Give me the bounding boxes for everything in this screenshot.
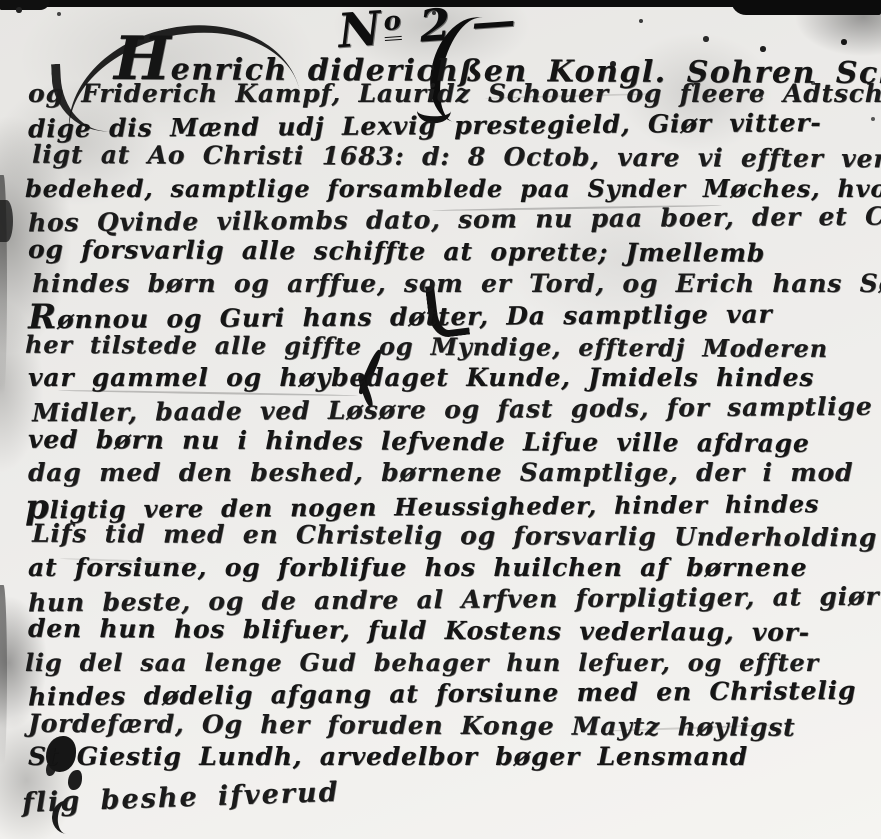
manuscript-line: hindes børn og arffue, som er Tord, og E… [32, 268, 873, 300]
paper-speckles [0, 0, 2, 2]
ink-blot [0, 200, 13, 242]
manuscript-line: ligt at Ao Christi 1683: d: 8 Octob, var… [32, 139, 873, 175]
manuscript-line: var gammel og høybedaget Kunde, Jmidels … [28, 362, 873, 394]
manuscript-line: Rønnou og Guri hans døtter, Da samptlige… [28, 296, 873, 334]
manuscript-line: Lifs tid med en Christelig og forsvarlig… [32, 518, 873, 554]
manuscript-line: og forsvarlig alle schiffte at oprette; … [28, 234, 873, 270]
manuscript-line: den hun hos blifuer, fuld Kostens vederl… [28, 613, 873, 649]
manuscript-line: Jordefærd, Og her foruden Konge Maytz hø… [28, 708, 873, 744]
manuscript-page: No 2 — Henrich diderichßen Kongl. Sohren… [0, 0, 881, 839]
left-edge-smudge [0, 585, 7, 765]
manuscript-line: at forsiune, og forblifue hos huilchen a… [28, 552, 873, 584]
manuscript-line: her tilstede alle giffte og Myndige, eff… [25, 329, 873, 365]
manuscript-text: Henrich diderichßen Kongl. Sohren Schrif… [28, 44, 873, 805]
manuscript-line: Midler, baade ved Løsøre og fast gods, f… [32, 391, 873, 429]
manuscript-line: Henrich diderichßen Kongl. Sohren Schrif… [114, 42, 873, 80]
manuscript-line: dag med den beshed, børnene Samptlige, d… [28, 457, 873, 489]
manuscript-line: lig del saa lenge Gud behager hun lefuer… [25, 647, 873, 679]
manuscript-line: bedehed, samptlige forsamblede paa Synde… [25, 173, 873, 205]
manuscript-line: ved børn nu i hindes lefvende Lifue vill… [28, 423, 873, 459]
